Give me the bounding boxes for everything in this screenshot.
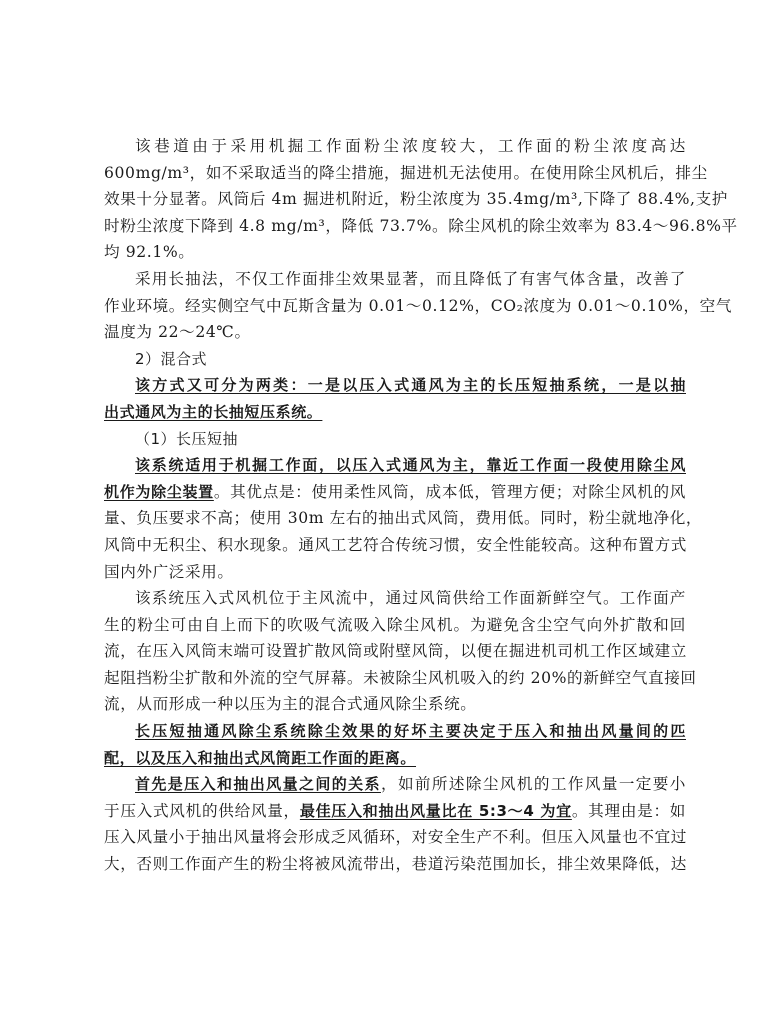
text-line: 出式通风为主的长抽短压系统。 (104, 399, 686, 426)
text-line: 温度为 22～24℃。 (104, 319, 686, 346)
bold-underlined-text: 机作为除尘装置 (104, 483, 214, 501)
text-line: 生的粉尘可由自上而下的吹吸气流吸入除尘风机。为避免含尘空气向外扩散和回 (104, 612, 686, 639)
document-page: 该巷道由于采用机掘工作面粉尘浓度较大，工作面的粉尘浓度高达 600mg/m³，如… (104, 133, 686, 878)
bold-underlined-text: 长压短抽通风除尘系统除尘效果的好坏主要决定于压入和抽出风量间的匹 (135, 722, 686, 740)
text-line: 效果十分显著。风筒后 4m 掘进机附近，粉尘浓度为 35.4mg/m³,下降了 … (104, 186, 686, 213)
text-line: 该方式又可分为两类：一是以压入式通风为主的长压短抽系统，一是以抽 (104, 372, 686, 399)
text-line: 600mg/m³，如不采取适当的降尘措施，掘进机无法使用。在使用除尘风机后，排尘 (104, 160, 686, 187)
text-line: 首先是压入和抽出风量之间的关系，如前所述除尘风机的工作风量一定要小 (104, 771, 686, 798)
text-span: 。其优点是：使用柔性风筒，成本低，管理方便；对除尘风机的风 (214, 483, 686, 501)
paragraph-system-operation: 该系统压入式风机位于主风流中，通过风筒供给工作面新鲜空气。工作面产 生的粉尘可由… (104, 585, 686, 718)
text-line: 该巷道由于采用机掘工作面粉尘浓度较大，工作面的粉尘浓度高达 (104, 133, 686, 160)
text-line: 时粉尘浓度下降到 4.8 mg/m³，降低 73.7%。除尘风机的除尘效率为 8… (104, 213, 686, 240)
text-line: 长压短抽通风除尘系统除尘效果的好坏主要决定于压入和抽出风量间的匹 (104, 718, 686, 745)
section-heading-mixed: 2）混合式 (104, 346, 686, 373)
bold-underlined-text: 出式通风为主的长抽短压系统。 (104, 403, 322, 421)
paragraph-effect-factors: 长压短抽通风除尘系统除尘效果的好坏主要决定于压入和抽出风量间的匹 配，以及压入和… (104, 718, 686, 771)
text-line: 风筒中无积尘、积水现象。通风工艺符合传统习惯，安全性能较高。这种布置方式 (104, 532, 686, 559)
subsection-heading-long-press-short-exhaust: （1）长压短抽 (104, 426, 686, 453)
bold-underlined-text: 最佳压入和抽出风量比在 5:3～4 为宜 (300, 802, 572, 820)
text-line: 于压入式风机的供给风量，最佳压入和抽出风量比在 5:3～4 为宜。其理由是：如 (104, 798, 686, 825)
text-line: 起阻挡粉尘扩散和外流的空气屏幕。未被除尘风机吸入的约 20%的新鲜空气直接回 (104, 665, 686, 692)
text-line: 压入风量小于抽出风量将会形成乏风循环，对安全生产不利。但压入风量也不宜过 (104, 824, 686, 851)
bold-underlined-text: 配，以及压入和抽出式风筒距工作面的距离。 (104, 749, 416, 767)
text-line: 流，在压入风筒末端可设置扩散风筒或附壁风筒，以便在掘进机司机工作区域建立 (104, 638, 686, 665)
text-line: 采用长抽法，不仅工作面排尘效果显著，而且降低了有害气体含量，改善了 (104, 266, 686, 293)
text-span: 。其理由是：如 (572, 802, 686, 820)
text-span: ，如前所述除尘风机的工作风量一定要小 (381, 775, 686, 793)
text-line: 大，否则工作面产生的粉尘将被风流带出，巷道污染范围加长，排尘效果降低，达 (104, 851, 686, 878)
text-line: 该系统压入式风机位于主风流中，通过风筒供给工作面新鲜空气。工作面产 (104, 585, 686, 612)
bold-underlined-text: 该系统适用于机掘工作面，以压入式通风为主，靠近工作面一段使用除尘风 (135, 456, 686, 474)
text-line: 配，以及压入和抽出式风筒距工作面的距离。 (104, 745, 686, 772)
text-line: 国内外广泛采用。 (104, 559, 686, 586)
paragraph-system-advantages: 该系统适用于机掘工作面，以压入式通风为主，靠近工作面一段使用除尘风 机作为除尘装… (104, 452, 686, 585)
paragraph-long-exhaust: 采用长抽法，不仅工作面排尘效果显著，而且降低了有害气体含量，改善了 作业环境。经… (104, 266, 686, 346)
bold-underlined-text: 该方式又可分为两类：一是以压入式通风为主的长压短抽系统，一是以抽 (135, 376, 686, 394)
text-line: 作业环境。经实侧空气中瓦斯含量为 0.01～0.12%，CO₂浓度为 0.01～… (104, 293, 686, 320)
text-line: 量、负压要求不高；使用 30m 左右的抽出式风筒，费用低。同时，粉尘就地净化， (104, 505, 686, 532)
text-line: 该系统适用于机掘工作面，以压入式通风为主，靠近工作面一段使用除尘风 (104, 452, 686, 479)
text-line: 机作为除尘装置。其优点是：使用柔性风筒，成本低，管理方便；对除尘风机的风 (104, 479, 686, 506)
paragraph-airflow-ratio: 首先是压入和抽出风量之间的关系，如前所述除尘风机的工作风量一定要小 于压入式风机… (104, 771, 686, 877)
text-span: 于压入式风机的供给风量， (104, 802, 300, 820)
text-line: 流，从而形成一种以压为主的混合式通风除尘系统。 (104, 691, 686, 718)
bold-underlined-text: 首先是压入和抽出风量之间的关系 (135, 775, 381, 793)
text-line: 均 92.1%。 (104, 239, 686, 266)
paragraph-two-types: 该方式又可分为两类：一是以压入式通风为主的长压短抽系统，一是以抽 出式通风为主的… (104, 372, 686, 425)
paragraph-dust-concentration: 该巷道由于采用机掘工作面粉尘浓度较大，工作面的粉尘浓度高达 600mg/m³，如… (104, 133, 686, 266)
